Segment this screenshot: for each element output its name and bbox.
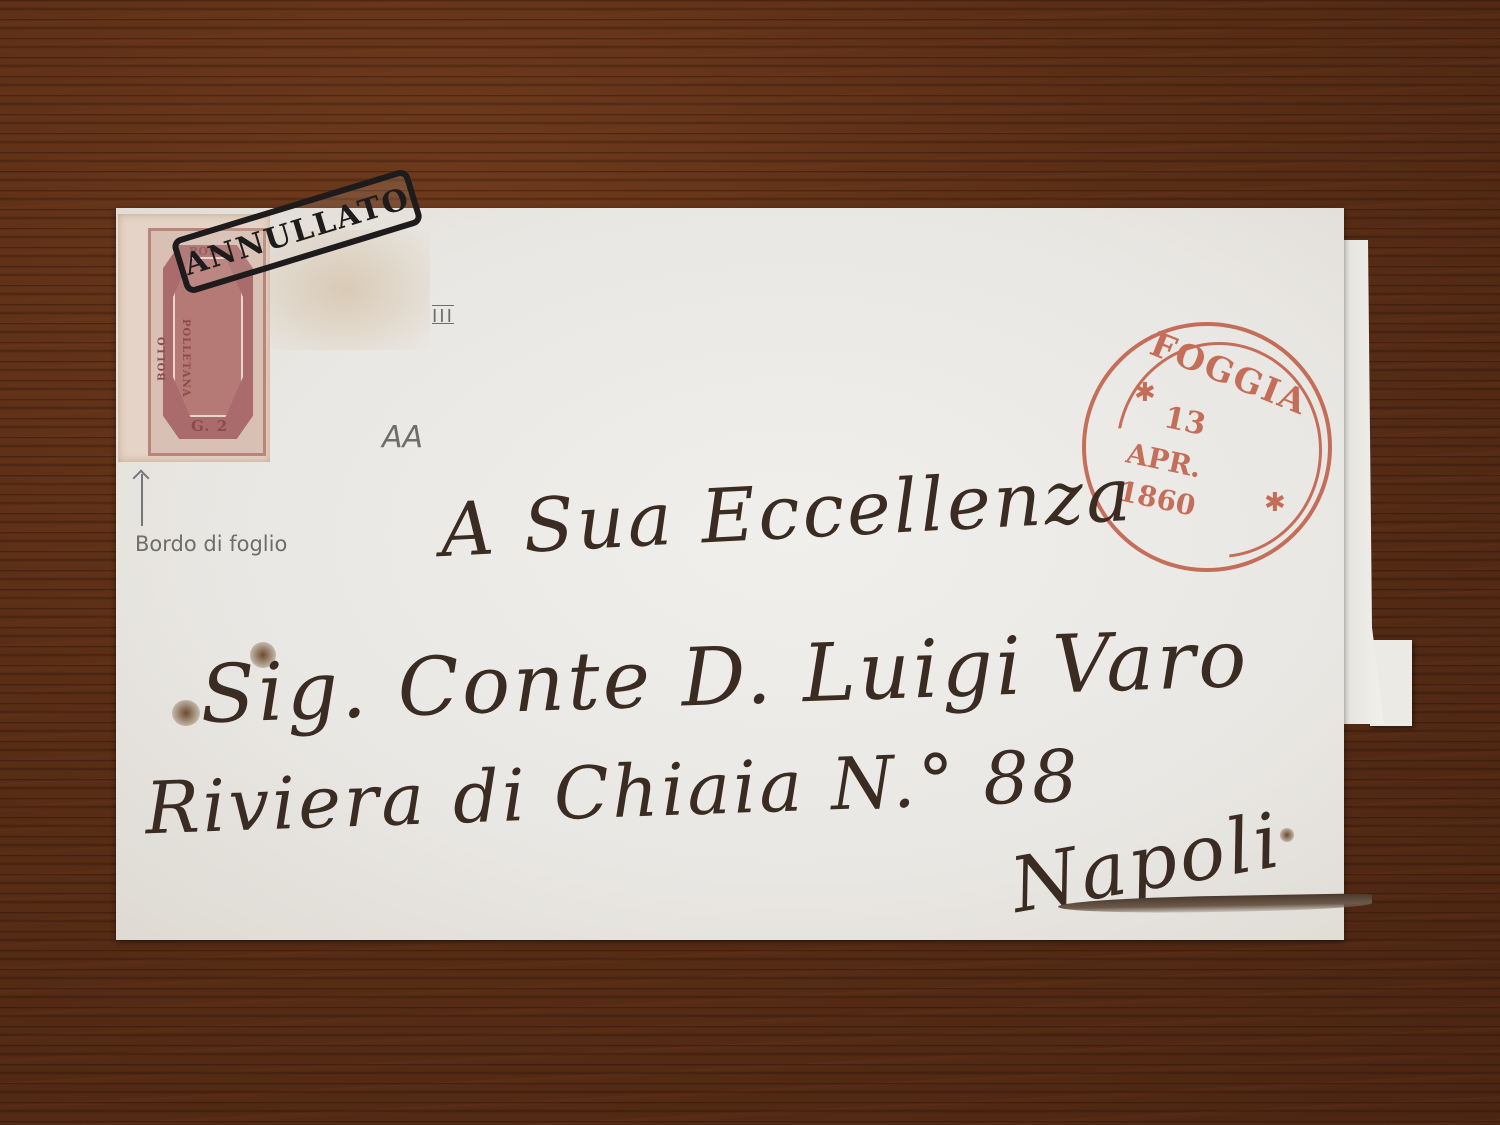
star-ornament-icon: ✱ [1134,378,1156,408]
stamp-left-text: BOLLO [157,336,168,381]
pencil-roman-numeral: III [432,306,454,327]
ink-stain [172,700,200,726]
star-ornament-icon: ✱ [1264,488,1286,518]
stamp-value: G. 2 [191,417,228,435]
ink-stain [1280,828,1294,842]
pencil-expert-initials: AA [382,420,423,455]
pencil-margin-note: Bordo di foglio [135,532,287,556]
datestamp-day: 13 [1161,400,1209,443]
pencil-arrow-icon [141,474,143,526]
stamp-right-text: POLLETANA [180,319,191,397]
